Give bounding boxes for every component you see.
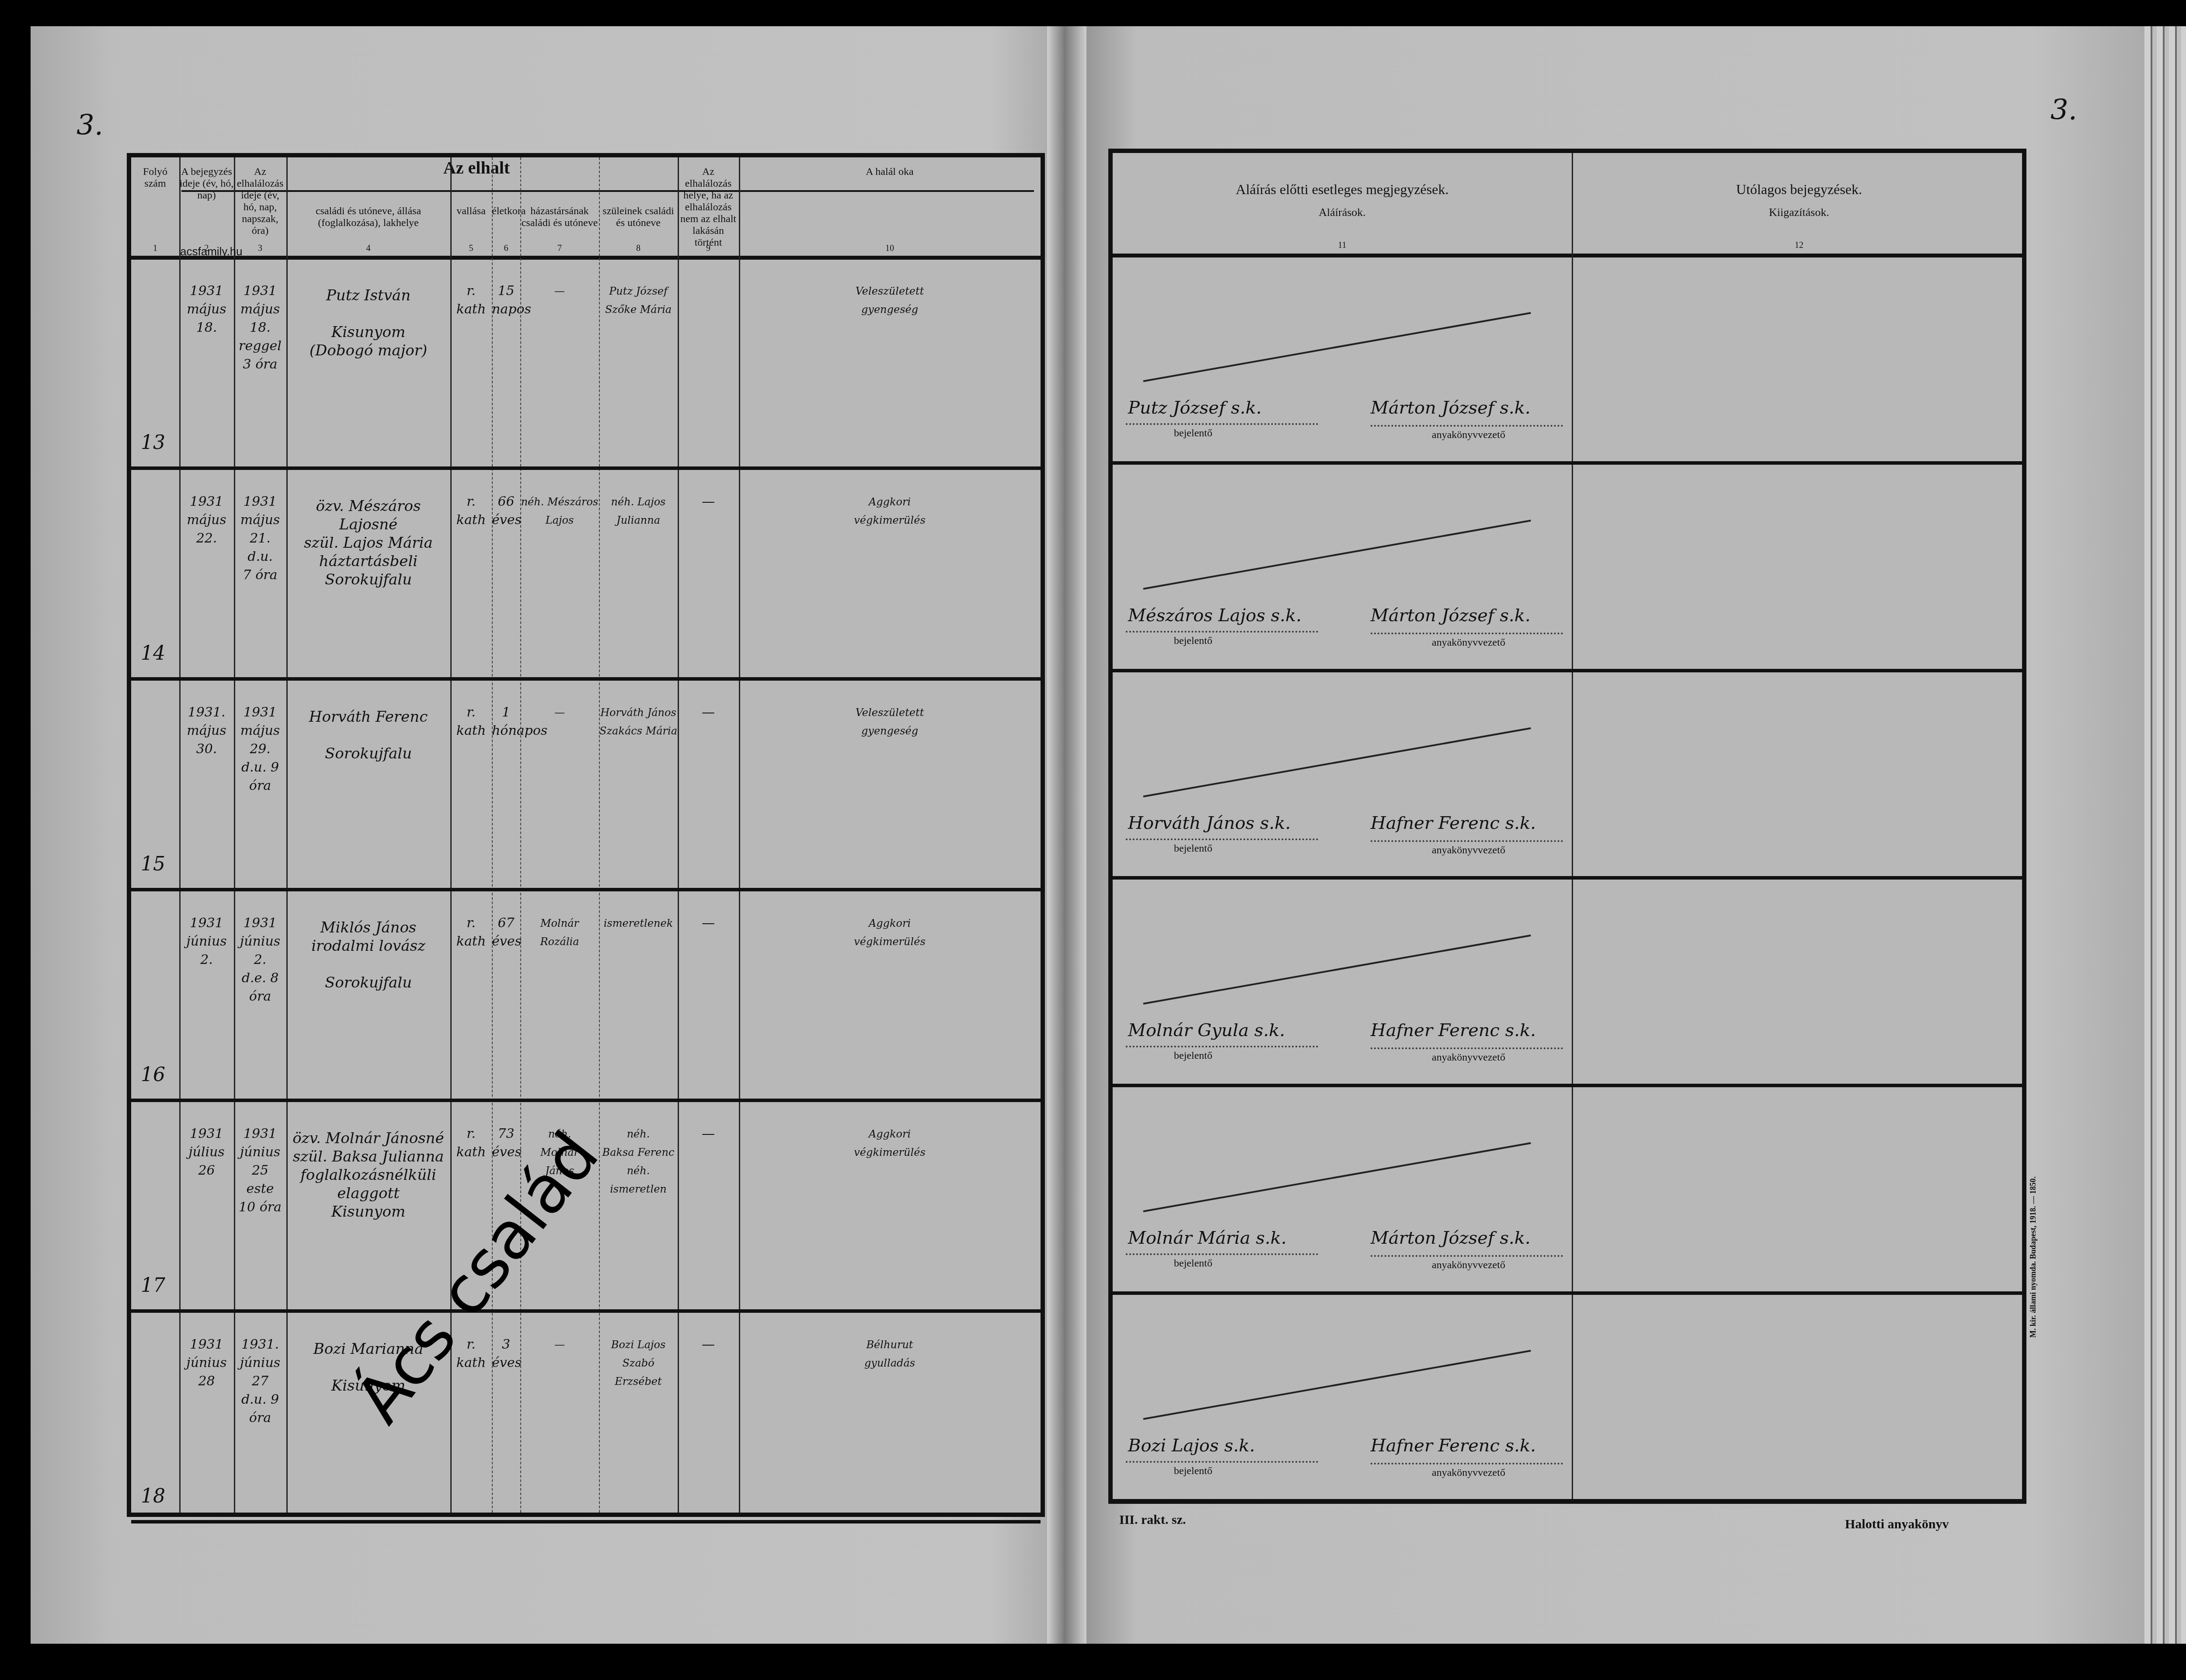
registrar-signature: Hafner Ferenc s.k. bbox=[1371, 813, 1536, 833]
cell-parents: Horváth János Szakács Mária bbox=[599, 703, 678, 740]
cell-died: 1931. június 27 d.u. 9 óra bbox=[234, 1336, 286, 1427]
declarant-signature: Mészáros Lajos s.k. bbox=[1128, 605, 1302, 626]
cell-place: — bbox=[678, 703, 739, 722]
col11-title: Aláírás előtti esetleges megjegyzések. bbox=[1113, 184, 1572, 195]
table-row: 131931 május 18.1931 május 18. reggel 3 … bbox=[131, 256, 1041, 470]
book-spine bbox=[1047, 26, 1086, 1644]
table-row: 171931 július 261931 június 25 este 10 ó… bbox=[131, 1099, 1041, 1313]
signature-row: Bozi Lajos s.k.bejelentőHafner Ferenc s.… bbox=[1113, 1291, 2022, 1503]
column-number-8: 8 bbox=[599, 243, 678, 254]
col11-number: 11 bbox=[1113, 240, 1572, 251]
signature-row: Molnár Mária s.k.bejelentőMárton József … bbox=[1113, 1084, 2022, 1295]
registrar-signature: Márton József s.k. bbox=[1371, 1228, 1531, 1248]
signature-row: Horváth János s.k.bejelentőHafner Ferenc… bbox=[1113, 669, 2022, 880]
cell-place: — bbox=[678, 1125, 739, 1143]
registrar-label: anyakönyvvezető bbox=[1432, 1052, 1505, 1064]
strike-line bbox=[1143, 1142, 1531, 1212]
strike-line bbox=[1143, 520, 1531, 590]
cell-died: 1931 május 29. d.u. 9 óra bbox=[234, 703, 286, 795]
cell-religion: r. kath bbox=[450, 914, 492, 951]
printer-imprint: M. kir. állami nyomda. Budapest, 1918. —… bbox=[2029, 1176, 2038, 1338]
cell-registered: 1931 július 26 bbox=[179, 1125, 234, 1180]
entry-number: 16 bbox=[141, 1064, 165, 1086]
cell-spouse: néh. Mészáros Lajos bbox=[520, 493, 599, 529]
cell-cause: Aggkori végkimerülés bbox=[739, 493, 1041, 529]
cell-registered: 1931 június 2. bbox=[179, 914, 234, 969]
cell-age: 66 éves bbox=[492, 493, 520, 529]
page-number-right: 3. bbox=[2050, 94, 2077, 126]
cell-age: 1 hónapos bbox=[492, 703, 520, 740]
cell-place: — bbox=[678, 1336, 739, 1354]
column-number-4: 4 bbox=[286, 243, 450, 254]
strike-line bbox=[1143, 935, 1531, 1005]
cell-parents: néh. Lajos Julianna bbox=[599, 493, 678, 529]
cell-place: — bbox=[678, 493, 739, 511]
declarant-signature: Putz József s.k. bbox=[1128, 398, 1262, 418]
cell-spouse: Molnár Rozália bbox=[520, 914, 599, 951]
registrar-label: anyakönyvvezető bbox=[1432, 637, 1505, 649]
cell-deceased: özv. Mészáros Lajosné szül. Lajos Mária … bbox=[286, 497, 450, 589]
cell-parents: néh. Baksa Ferenc néh. ismeretlen bbox=[599, 1125, 678, 1198]
strike-line bbox=[1143, 727, 1531, 797]
cell-cause: Bélhurut gyulladás bbox=[739, 1336, 1041, 1372]
cell-deceased: Putz István Kisunyom (Dobogó major) bbox=[286, 286, 450, 360]
cell-deceased: Miklós János irodalmi lovász Sorokujfalu bbox=[286, 918, 450, 992]
cell-died: 1931 május 18. reggel 3 óra bbox=[234, 282, 286, 374]
cell-religion: r. kath bbox=[450, 493, 492, 529]
table-row: 141931 május 22.1931 május 21. d.u. 7 ór… bbox=[131, 466, 1041, 681]
cell-cause: Aggkori végkimerülés bbox=[739, 914, 1041, 951]
signature-row: Mészáros Lajos s.k.bejelentőMárton Józse… bbox=[1113, 461, 2022, 672]
column-header-6: életkora bbox=[492, 205, 520, 217]
cell-died: 1931 május 21. d.u. 7 óra bbox=[234, 493, 286, 584]
registrar-label: anyakönyvvezető bbox=[1432, 845, 1505, 856]
cell-cause: Veleszületett gyengeség bbox=[739, 282, 1041, 319]
signature-row: Putz József s.k.bejelentőMárton József s… bbox=[1113, 254, 2022, 465]
entry-number: 15 bbox=[141, 853, 165, 875]
cell-spouse: — bbox=[520, 282, 599, 300]
cell-registered: 1931 június 28 bbox=[179, 1336, 234, 1391]
column-header-9: Az elhalálozás helye, ha az elhalálozás … bbox=[678, 166, 739, 249]
cell-age: 73 éves bbox=[492, 1125, 520, 1162]
col12-title: Utólagos bejegyzések. bbox=[1572, 184, 2026, 195]
cell-spouse: — bbox=[520, 703, 599, 722]
declarant-label: bejelentő bbox=[1174, 1050, 1212, 1062]
cell-religion: r. kath bbox=[450, 1125, 492, 1162]
registrar-signature: Hafner Ferenc s.k. bbox=[1371, 1436, 1536, 1456]
column-header-2: A bejegyzés ideje (év, hó, nap) bbox=[179, 166, 234, 202]
cell-age: 15 napos bbox=[492, 282, 520, 319]
cell-place: — bbox=[678, 914, 739, 932]
cell-died: 1931 június 2. d.e. 8 óra bbox=[234, 914, 286, 1006]
column-number-9: 9 bbox=[678, 243, 739, 254]
death-register-left-table: Az elhalt Folyó szám1A bejegyzés ideje (… bbox=[127, 153, 1045, 1517]
registrar-signature: Hafner Ferenc s.k. bbox=[1371, 1020, 1536, 1040]
cell-cause: Aggkori végkimerülés bbox=[739, 1125, 1041, 1162]
column-number-5: 5 bbox=[450, 243, 492, 254]
declarant-label: bejelentő bbox=[1174, 1465, 1212, 1477]
column-header-8: szüleinek családi és utóneve bbox=[599, 205, 678, 229]
registrar-signature: Márton József s.k. bbox=[1371, 398, 1531, 418]
website-stamp: acsfamily.hu bbox=[180, 245, 243, 258]
cell-age: 3 éves bbox=[492, 1336, 520, 1372]
death-register-right-table: Aláírás előtti esetleges megjegyzések. A… bbox=[1108, 149, 2026, 1504]
declarant-signature: Molnár Gyula s.k. bbox=[1128, 1020, 1285, 1040]
table-header-right: Aláírás előtti esetleges megjegyzések. A… bbox=[1113, 153, 2022, 257]
column-number-7: 7 bbox=[520, 243, 599, 254]
declarant-signature: Molnár Mária s.k. bbox=[1128, 1228, 1287, 1248]
column-header-3: Az elhalálozás ideje (év, hó, nap, napsz… bbox=[234, 166, 286, 237]
registrar-label: anyakönyvvezető bbox=[1432, 1259, 1505, 1271]
cell-parents: Bozi Lajos Szabó Erzsébet bbox=[599, 1336, 678, 1391]
entry-number: 18 bbox=[141, 1485, 165, 1507]
table-row: 151931. május 30.1931 május 29. d.u. 9 ó… bbox=[131, 677, 1041, 891]
cell-deceased: Horváth Ferenc Sorokujfalu bbox=[286, 708, 450, 763]
column-header-5: vallása bbox=[450, 205, 492, 217]
cell-cause: Veleszületett gyengeség bbox=[739, 703, 1041, 740]
cell-deceased: özv. Molnár Jánosné szül. Baksa Julianna… bbox=[286, 1129, 450, 1221]
declarant-label: bejelentő bbox=[1174, 843, 1212, 855]
column-header-10: A halál oka bbox=[739, 166, 1041, 178]
registrar-label: anyakönyvvezető bbox=[1432, 429, 1505, 441]
registrar-signature: Márton József s.k. bbox=[1371, 605, 1531, 626]
strike-line bbox=[1143, 1350, 1531, 1420]
group-title: Az elhalt bbox=[367, 162, 586, 174]
col12-number: 12 bbox=[1572, 240, 2026, 251]
entry-number: 14 bbox=[141, 642, 165, 664]
column-header-7: házastársának családi és utóneve bbox=[520, 205, 599, 229]
table-row: 181931 június 281931. június 27 d.u. 9 ó… bbox=[131, 1309, 1041, 1523]
cell-registered: 1931. május 30. bbox=[179, 703, 234, 758]
declarant-label: bejelentő bbox=[1174, 428, 1212, 439]
declarant-label: bejelentő bbox=[1174, 635, 1212, 647]
declarant-signature: Horváth János s.k. bbox=[1128, 813, 1291, 833]
declarant-signature: Bozi Lajos s.k. bbox=[1128, 1436, 1255, 1456]
cell-registered: 1931 május 22. bbox=[179, 493, 234, 548]
cell-parents: ismeretlenek bbox=[599, 914, 678, 932]
page-number-left: 3. bbox=[77, 109, 103, 142]
strike-line bbox=[1143, 312, 1531, 382]
col12-subtitle: Kiigazítások. bbox=[1572, 206, 2026, 218]
cell-parents: Putz József Szőke Mária bbox=[599, 282, 678, 319]
column-number-6: 6 bbox=[492, 243, 520, 254]
page-edges bbox=[2144, 26, 2186, 1644]
cell-spouse: — bbox=[520, 1336, 599, 1354]
cell-age: 67 éves bbox=[492, 914, 520, 951]
registrar-label: anyakönyvvezető bbox=[1432, 1467, 1505, 1479]
column-number-1: 1 bbox=[131, 243, 179, 254]
column-number-10: 10 bbox=[739, 243, 1041, 254]
declarant-label: bejelentő bbox=[1174, 1258, 1212, 1270]
cell-religion: r. kath bbox=[450, 282, 492, 319]
entry-number: 13 bbox=[141, 431, 165, 454]
signature-row: Molnár Gyula s.k.bejelentőHafner Ferenc … bbox=[1113, 876, 2022, 1087]
column-header-1: Folyó szám bbox=[131, 166, 179, 190]
cell-died: 1931 június 25 este 10 óra bbox=[234, 1125, 286, 1217]
entry-number: 17 bbox=[141, 1274, 165, 1297]
column-header-4: családi és utóneve, állása (foglalkozása… bbox=[286, 205, 450, 229]
register-title: Halotti anyakönyv bbox=[1845, 1517, 1949, 1532]
table-row: 161931 június 2.1931 június 2. d.e. 8 ór… bbox=[131, 888, 1041, 1102]
col11-subtitle: Aláírások. bbox=[1113, 206, 1572, 218]
cell-registered: 1931 május 18. bbox=[179, 282, 234, 337]
cell-religion: r. kath bbox=[450, 703, 492, 740]
register-class: III. rakt. sz. bbox=[1119, 1513, 1186, 1527]
